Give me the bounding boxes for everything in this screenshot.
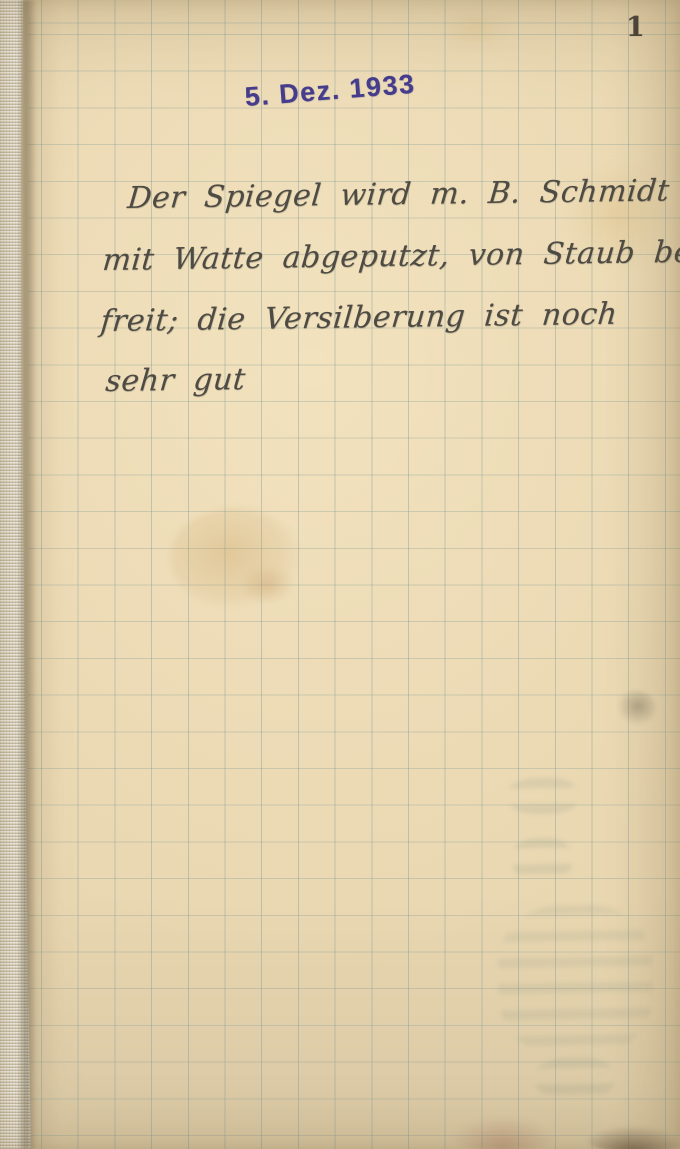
handwriting-line-4: sehr gut (104, 362, 247, 399)
gutter-shadow (17, 0, 37, 1149)
page-number: 1 (626, 12, 645, 43)
notebook-page-scan: 1 5. Dez. 1933 Der Spiegel wird m. B. Sc… (0, 0, 680, 1149)
squared-grid-paper (28, 0, 680, 1149)
handwriting-line-3: freit; die Versilberung ist noch (99, 297, 619, 339)
